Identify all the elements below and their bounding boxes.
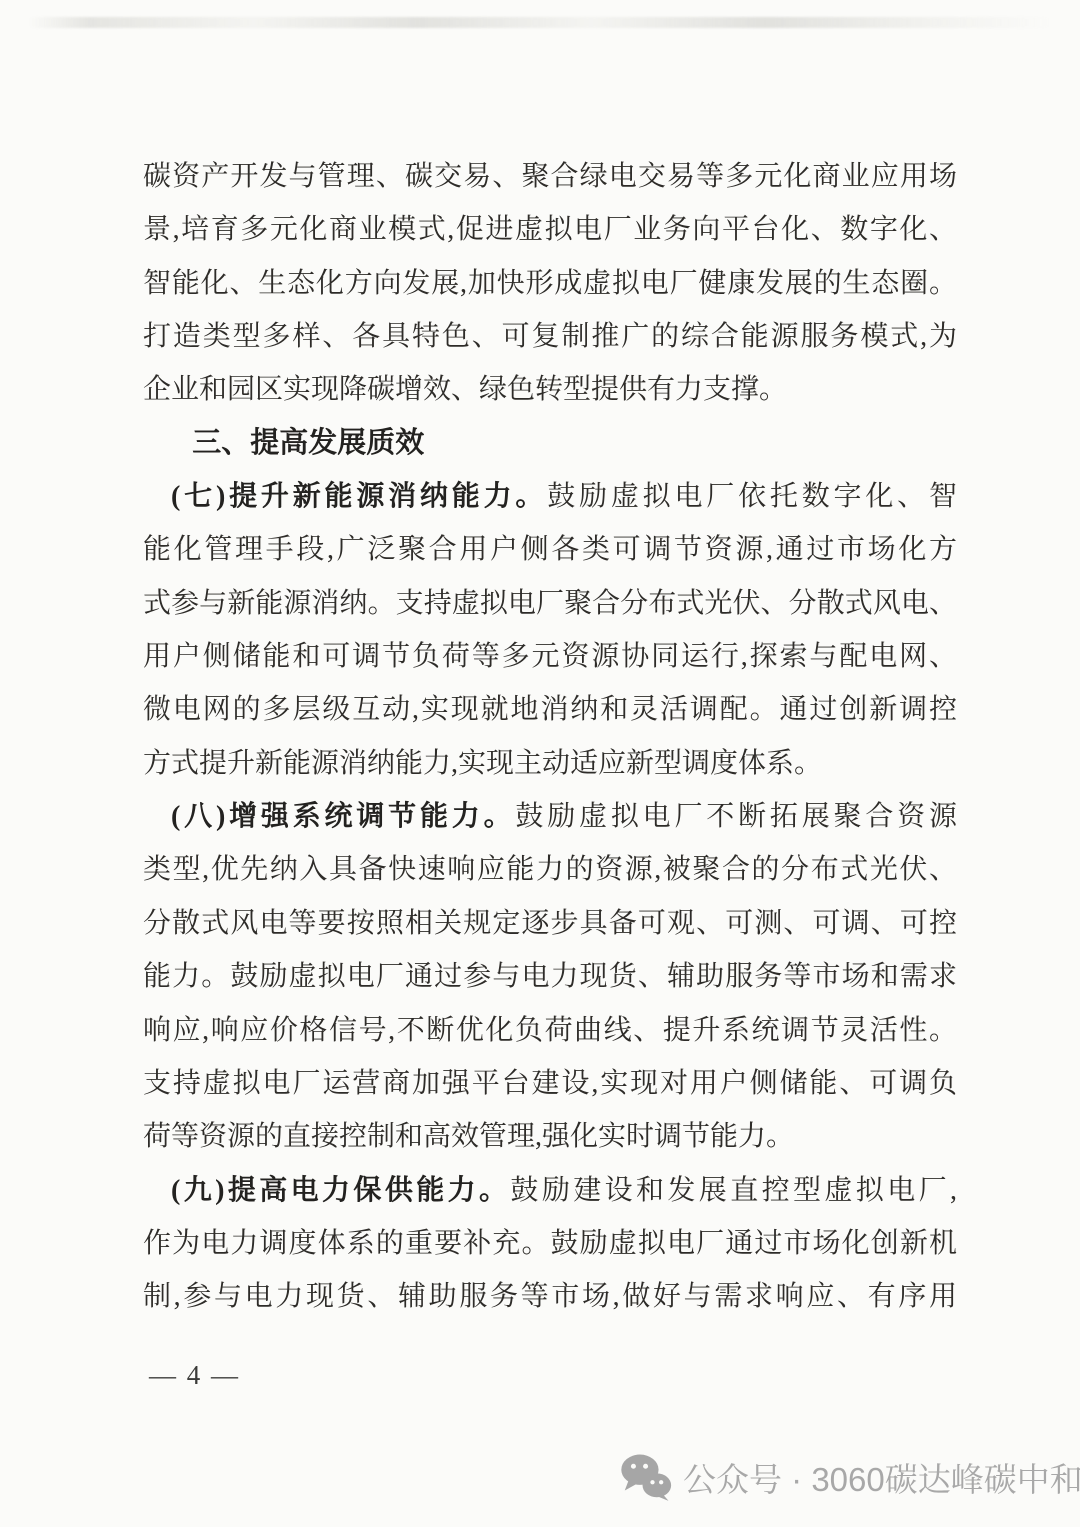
text-line: 方式提升新能源消纳能力,实现主动适应新型调度体系。 xyxy=(143,737,957,790)
text-line: 响应,响应价格信号,不断优化负荷曲线、提升系统调节灵活性。 xyxy=(143,1004,957,1057)
text-line: 制,参与电力现货、辅助服务等市场,做好与需求响应、有序用 xyxy=(143,1270,957,1323)
text-line: 企业和园区实现降碳增效、绿色转型提供有力支撑。 xyxy=(143,363,957,416)
clause-title: 三、提高发展质效 xyxy=(192,427,424,459)
clause-title: (七)提升新能源消纳能力。 xyxy=(171,481,547,512)
text-line: 碳资产开发与管理、碳交易、聚合绿电交易等多元化商业应用场 xyxy=(143,150,957,203)
text-line: 能化管理手段,广泛聚合用户侧各类可调节资源,通过市场化方 xyxy=(143,523,957,576)
document-body: 碳资产开发与管理、碳交易、聚合绿电交易等多元化商业应用场景,培育多元化商业模式,… xyxy=(143,150,957,1324)
text-line: 微电网的多层级互动,实现就地消纳和灵活调配。通过创新调控 xyxy=(143,683,957,736)
text-line: 智能化、生态化方向发展,加快形成虚拟电厂健康发展的生态圈。 xyxy=(143,257,957,310)
text-line: (八)增强系统调节能力。鼓励虚拟电厂不断拓展聚合资源 xyxy=(143,790,957,843)
text-line: 荷等资源的直接控制和高效管理,强化实时调节能力。 xyxy=(143,1110,957,1163)
clause-title: (九)提高电力保供能力。 xyxy=(171,1175,510,1206)
text-line: 景,培育多元化商业模式,促进虚拟电厂业务向平台化、数字化、 xyxy=(143,203,957,256)
document-page: 碳资产开发与管理、碳交易、聚合绿电交易等多元化商业应用场景,培育多元化商业模式,… xyxy=(0,0,1080,1527)
section-heading: 三、提高发展质效 xyxy=(143,417,957,470)
wechat-icon xyxy=(620,1453,672,1502)
text-line: 式参与新能源消纳。支持虚拟电厂聚合分布式光伏、分散式风电、 xyxy=(143,577,957,630)
text-line: (九)提高电力保供能力。鼓励建设和发展直控型虚拟电厂, xyxy=(143,1164,957,1217)
scan-artifact-streak xyxy=(28,17,1052,28)
text-line: 作为电力调度体系的重要补充。鼓励虚拟电厂通过市场化创新机 xyxy=(143,1217,957,1270)
clause-title: (八)增强系统调节能力。 xyxy=(171,801,515,832)
text-line: 用户侧储能和可调节负荷等多元资源协同运行,探索与配电网、 xyxy=(143,630,957,683)
text-line: 分散式风电等要按照相关规定逐步具备可观、可测、可调、可控 xyxy=(143,897,957,950)
text-line: 类型,优先纳入具备快速响应能力的资源,被聚合的分布式光伏、 xyxy=(143,843,957,896)
text-line: 支持虚拟电厂运营商加强平台建设,实现对用户侧储能、可调负 xyxy=(143,1057,957,1110)
text-line: (七)提升新能源消纳能力。鼓励虚拟电厂依托数字化、智 xyxy=(143,470,957,523)
text-line: 能力。鼓励虚拟电厂通过参与电力现货、辅助服务等市场和需求 xyxy=(143,950,957,1003)
page-number: — 4 — xyxy=(149,1360,240,1391)
text-line: 打造类型多样、各具特色、可复制推广的综合能源服务模式,为 xyxy=(143,310,957,363)
watermark-text: 公众号 · 3060碳达峰碳中和 xyxy=(683,1454,1080,1501)
watermark: 公众号 · 3060碳达峰碳中和 xyxy=(620,1453,1080,1502)
